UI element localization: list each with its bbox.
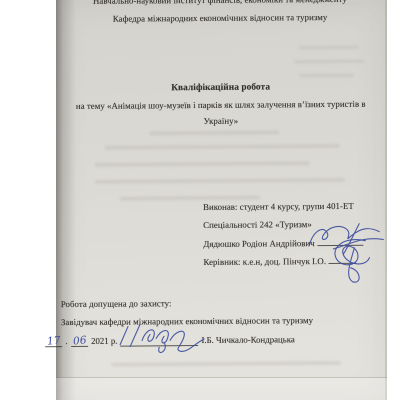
head-signature-ink [116,320,206,355]
department-line: Кафедра міжнародних економічних відносин… [55,12,386,26]
bleed-through-artifact [111,361,341,367]
institute-line: Навчально-науковий інститут фінансів, ек… [54,0,385,7]
work-type-title: Кваліфікаційна робота [55,82,386,96]
admitted-line: Робота допущена до захисту: [61,298,172,310]
bleed-through-artifact [95,178,345,184]
bleed-through-artifact [120,196,260,201]
scanned-thesis-title-page: Навчально-науковий інститут фінансів, ек… [0,0,400,400]
performed-by-line: Виконав: студент 4 курсу, групи 401-ЕТ [203,201,354,213]
date-day-blank: 17 [45,336,62,347]
date-month-blank: 06 [71,336,88,347]
head-signature-blank [120,337,198,347]
date-dot: . [65,336,67,347]
topic-line-2: Україну» [55,115,386,129]
bleed-through-artifact [294,60,364,64]
head-name: І.Б. Чичкало-Кондрацька [201,334,294,346]
supervisor-signature-ink [323,235,381,287]
supervisor-name: Керівник: к.е.н, доц. Пінчук І.О. [203,256,326,267]
date-year: 2021 р. [91,336,117,347]
bleed-through-artifact [299,46,359,49]
handwritten-month: 06 [72,335,86,346]
student-name: Дядюшко Родіон Андрійович [203,238,314,249]
specialty-line: Спеціальності 242 «Туризм» [203,219,312,231]
bleed-through-artifact [105,144,340,150]
topic-line-1: на тему «Анімація шоу-музеїв і парків як… [55,99,386,113]
bleed-through-artifact [299,74,354,77]
page-content: Навчально-науковий інститут фінансів, ек… [0,0,400,400]
bleed-through-artifact [149,130,279,135]
handwritten-day: 17 [47,336,61,347]
date-signature-row: 17 . 06 2021 р. І.Б. Чичкало-Кондрацька [45,334,295,347]
bleed-through-artifact [95,161,310,167]
